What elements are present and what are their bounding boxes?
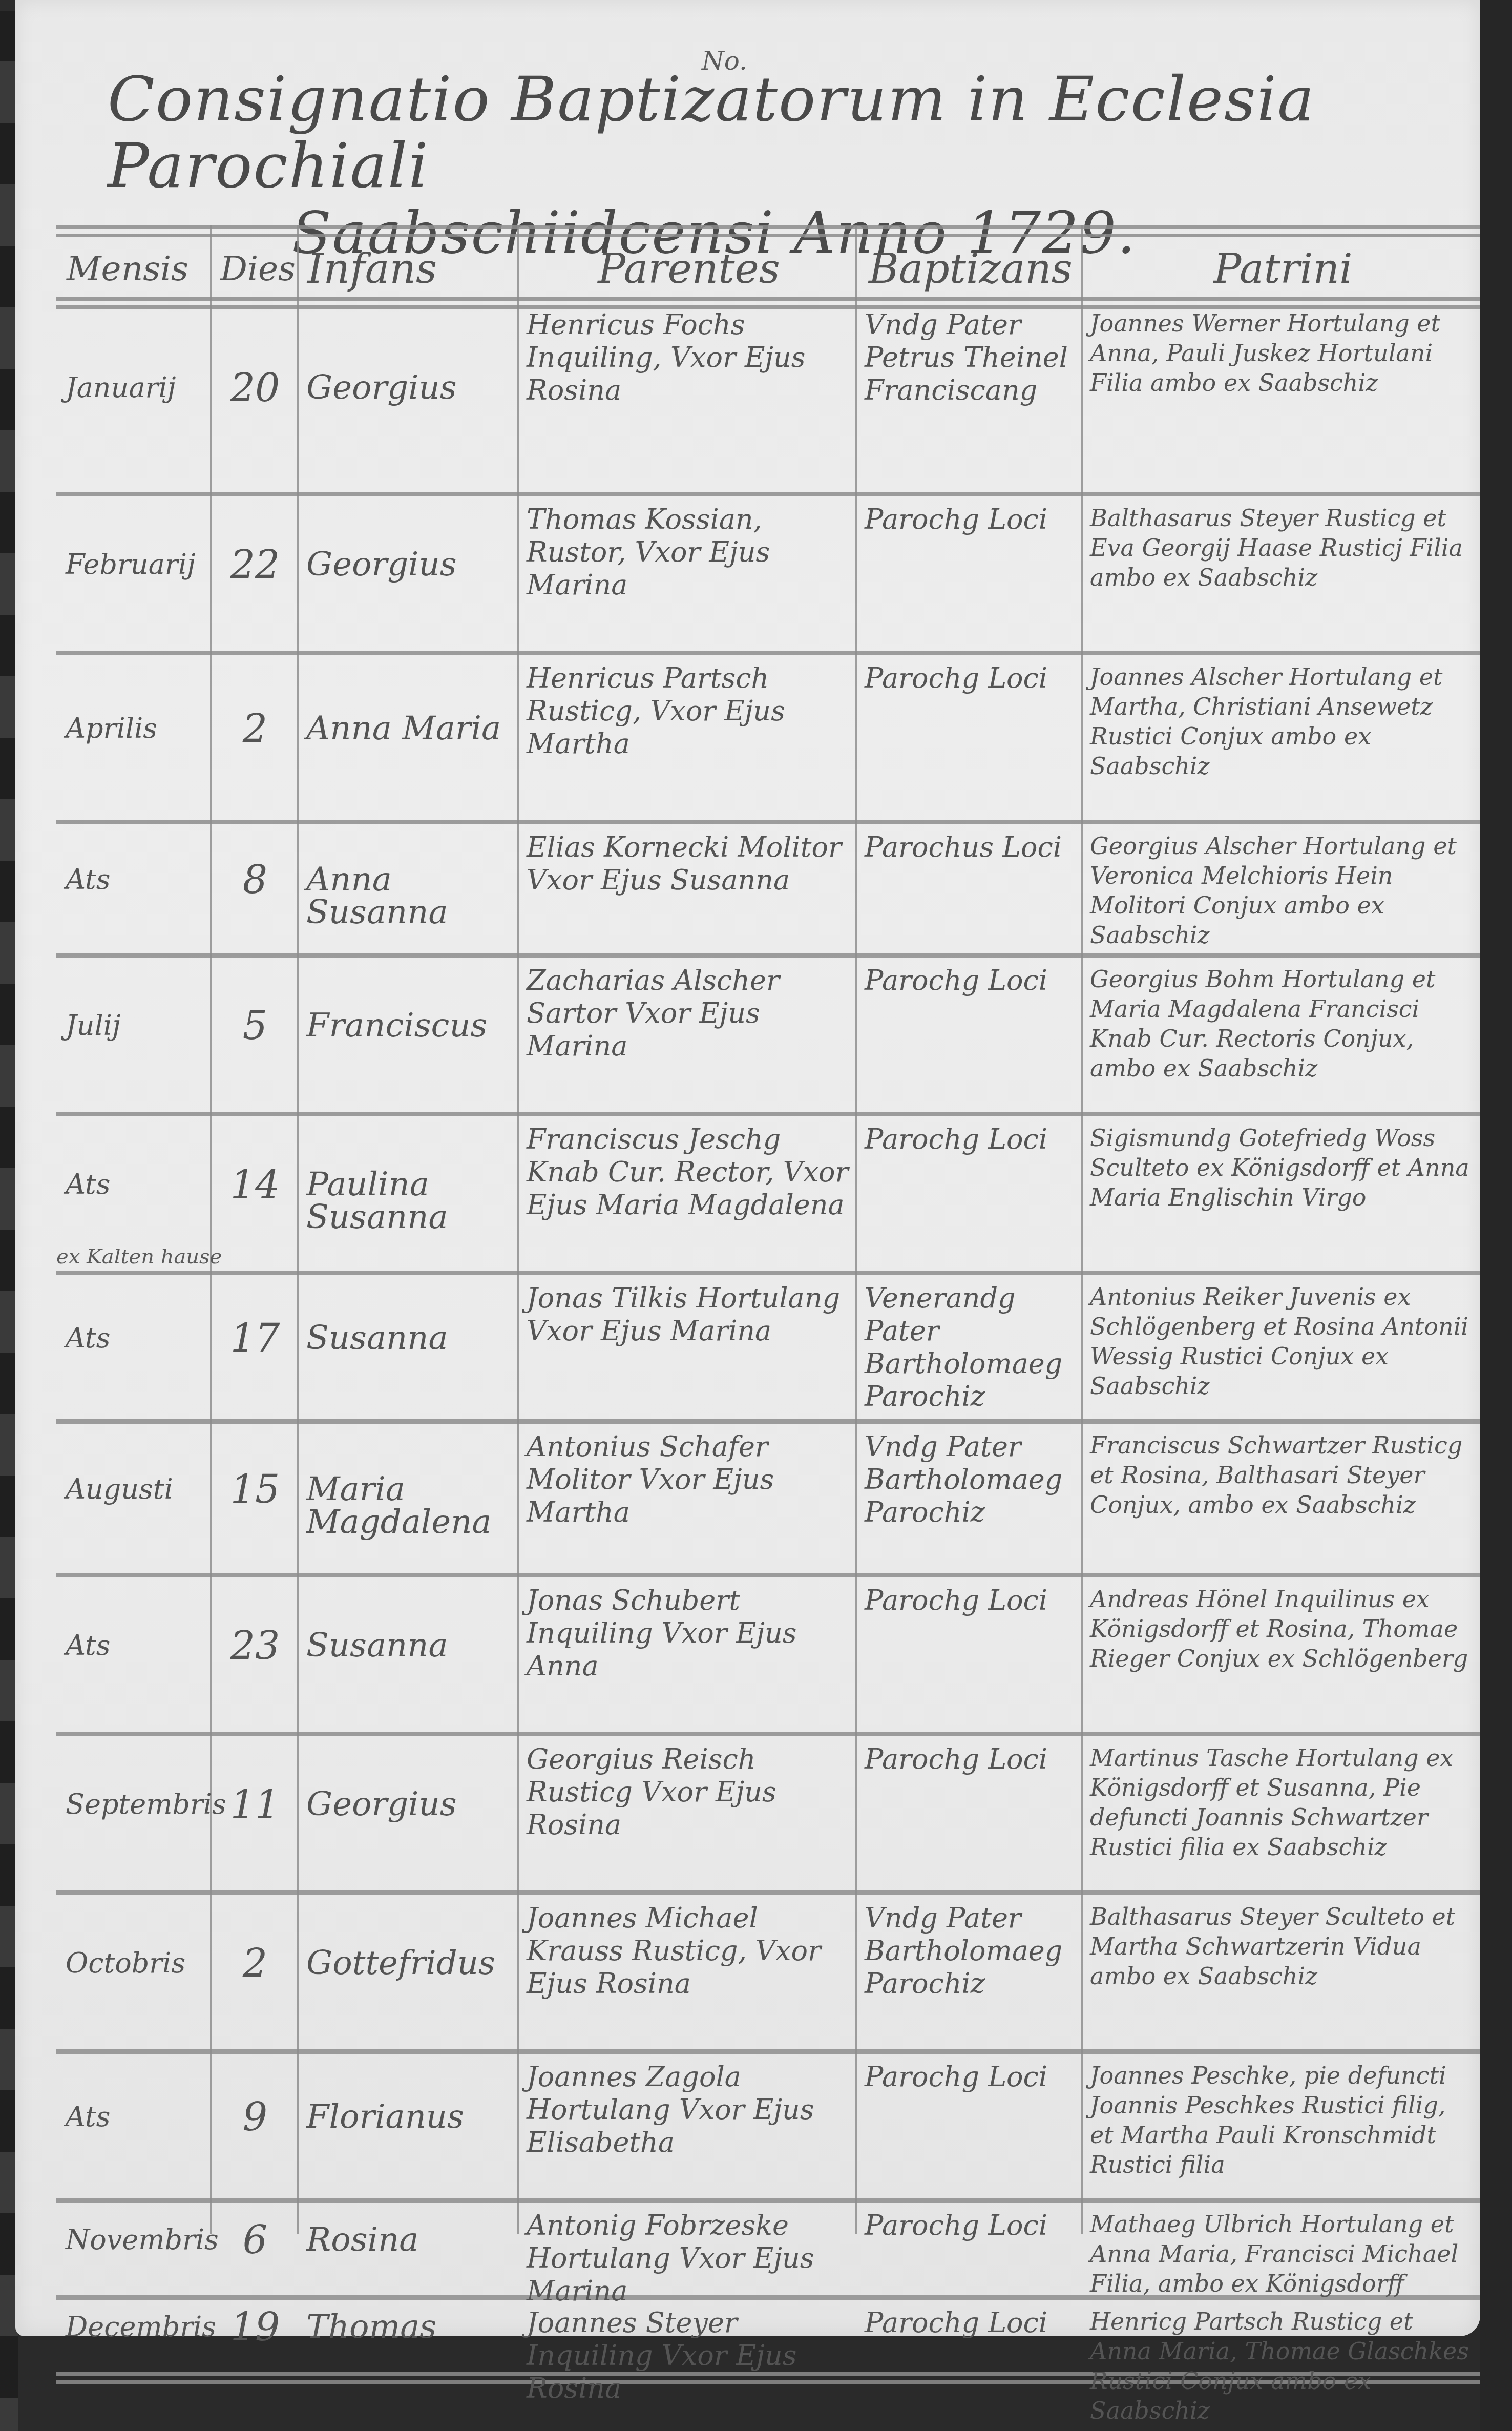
- cell-day: 8: [219, 863, 291, 896]
- cell-day: 20: [219, 371, 291, 404]
- header-infant: Infans: [307, 246, 512, 292]
- cell-baptizer: Parochg Loci: [865, 1584, 1075, 1617]
- row-rule: [56, 297, 1480, 301]
- row-rule: [56, 2049, 1480, 2054]
- margin-note: ex Kalten hause: [56, 1245, 222, 1269]
- row-rule: [56, 953, 1480, 958]
- row-rule: [56, 492, 1480, 496]
- cell-parents: Jonas Tilkis Hortulang Vxor Ejus Marina: [527, 1282, 849, 1347]
- row-rule: [56, 2198, 1480, 2203]
- cell-godparents: Balthasarus Steyer Sculteto et Martha Sc…: [1090, 1902, 1474, 1991]
- cell-godparents: Antonius Reiker Juvenis ex Schlögenberg …: [1090, 1282, 1474, 1401]
- cell-day: 6: [219, 2224, 291, 2256]
- cell-baptizer: Parochg Loci: [865, 2209, 1075, 2242]
- cell-day: 2: [219, 1947, 291, 1980]
- column-rule: [517, 225, 519, 2234]
- row-rule: [56, 1112, 1480, 1116]
- cell-month: Ats: [66, 1629, 204, 1662]
- cell-godparents: Martinus Tasche Hortulang ex Königsdorff…: [1090, 1743, 1474, 1862]
- cell-godparents: Georgius Alscher Hortulang et Veronica M…: [1090, 831, 1474, 950]
- cell-month: Ats: [66, 2101, 204, 2133]
- cell-parents: Zacharias Alscher Sartor Vxor Ejus Marin…: [527, 964, 849, 1063]
- cell-day: 23: [219, 1629, 291, 1662]
- cell-month: Ats: [66, 1322, 204, 1355]
- cell-infant: Thomas: [306, 2311, 511, 2343]
- cell-month: Augusti: [66, 1473, 204, 1506]
- cell-godparents: Mathaeg Ulbrich Hortulang et Anna Maria,…: [1090, 2209, 1474, 2298]
- cell-day: 15: [219, 1473, 291, 1506]
- cell-parents: Georgius Reisch Rusticg Vxor Ejus Rosina: [527, 1743, 849, 1841]
- cell-day: 11: [219, 1788, 291, 1821]
- cell-day: 17: [219, 1322, 291, 1355]
- cell-month: Februarij: [66, 548, 204, 581]
- cell-baptizer: Parochg Loci: [865, 503, 1075, 536]
- cell-parents: Elias Kornecki Molitor Vxor Ejus Susanna: [527, 831, 849, 897]
- cell-baptizer: Venerandg Pater Bartholomaeg Parochiz: [865, 1282, 1075, 1413]
- cell-godparents: Henricg Partsch Rusticg et Anna Maria, T…: [1090, 2307, 1474, 2425]
- cell-godparents: Joannes Peschke, pie defuncti Joannis Pe…: [1090, 2061, 1474, 2179]
- cell-month: Julij: [66, 1009, 204, 1042]
- cell-godparents: Sigismundg Gotefriedg Woss Sculteto ex K…: [1090, 1123, 1474, 1212]
- row-rule: [56, 1732, 1480, 1736]
- register-page: Consignatio Baptizatorum in Ecclesia Par…: [15, 0, 1480, 2336]
- cell-infant: Anna Susanna: [306, 863, 511, 929]
- header-day: Dies: [220, 246, 292, 292]
- title-line-1: Consignatio Baptizatorum in Ecclesia Par…: [108, 64, 1315, 202]
- cell-day: 22: [219, 548, 291, 581]
- header-godparents: Patrini: [1091, 246, 1475, 292]
- cell-parents: Antonig Fobrzeske Hortulang Vxor Ejus Ma…: [527, 2209, 849, 2308]
- cell-baptizer: Parochus Loci: [865, 831, 1075, 864]
- cell-day: 14: [219, 1168, 291, 1201]
- header-month: Mensis: [67, 246, 205, 292]
- cell-infant: Florianus: [306, 2101, 511, 2133]
- header-parents: Parentes: [528, 246, 850, 292]
- header-top-rule: [56, 225, 1480, 229]
- row-rule: [56, 1271, 1480, 1275]
- cell-parents: Henricus Fochs Inquiling, Vxor Ejus Rosi…: [527, 308, 849, 407]
- cell-infant: Susanna: [306, 1322, 511, 1355]
- cell-infant: Georgius: [306, 548, 511, 581]
- cell-parents: Jonas Schubert Inquiling Vxor Ejus Anna: [527, 1584, 849, 1682]
- column-rule: [210, 225, 212, 2234]
- cell-baptizer: Vndg Pater Bartholomaeg Parochiz: [865, 1902, 1075, 2000]
- cell-infant: Georgius: [306, 371, 511, 404]
- cell-parents: Antonius Schafer Molitor Vxor Ejus Marth…: [527, 1430, 849, 1529]
- cell-baptizer: Parochg Loci: [865, 2307, 1075, 2339]
- cell-month: Januarij: [66, 371, 204, 404]
- cell-parents: Thomas Kossian, Rustor, Vxor Ejus Marina: [527, 503, 849, 601]
- cell-baptizer: Parochg Loci: [865, 2061, 1075, 2093]
- cell-parents: Joannes Steyer Inquiling Vxor Ejus Rosin…: [527, 2307, 849, 2405]
- row-rule: [56, 1890, 1480, 1895]
- cell-godparents: Joannes Werner Hortulang et Anna, Pauli …: [1090, 308, 1474, 398]
- cell-day: 5: [219, 1009, 291, 1042]
- cell-baptizer: Parochg Loci: [865, 964, 1075, 997]
- cell-infant: Susanna: [306, 1629, 511, 1662]
- cell-parents: Joannes Michael Krauss Rusticg, Vxor Eju…: [527, 1902, 849, 2000]
- cell-baptizer: Parochg Loci: [865, 662, 1075, 695]
- cell-infant: Paulina Susanna: [306, 1168, 511, 1234]
- cell-godparents: Andreas Hönel Inquilinus ex Königsdorff …: [1090, 1584, 1474, 1673]
- cell-parents: Franciscus Jeschg Knab Cur. Rector, Vxor…: [527, 1123, 849, 1221]
- cell-infant: Gottefridus: [306, 1947, 511, 1980]
- cell-godparents: Joannes Alscher Hortulang et Martha, Chr…: [1090, 662, 1474, 781]
- cell-month: Novembris: [66, 2224, 204, 2256]
- cell-infant: Franciscus: [306, 1009, 511, 1042]
- cell-infant: Maria Magdalena: [306, 1473, 511, 1539]
- baptism-register-table: MensisDiesInfansParentesBaptizansPatrini…: [56, 225, 1480, 2234]
- cell-baptizer: Vndg Pater Petrus Theinel Franciscang: [865, 308, 1075, 407]
- row-rule: [56, 651, 1480, 655]
- cell-godparents: Georgius Bohm Hortulang et Maria Magdale…: [1090, 964, 1474, 1083]
- cell-godparents: Balthasarus Steyer Rusticg et Eva Georgi…: [1090, 503, 1474, 592]
- cell-parents: Henricus Partsch Rusticg, Vxor Ejus Mart…: [527, 662, 849, 760]
- cell-parents: Joannes Zagola Hortulang Vxor Ejus Elisa…: [527, 2061, 849, 2159]
- cell-infant: Anna Maria: [306, 712, 511, 745]
- header-baptizer: Baptizans: [866, 246, 1076, 292]
- cell-day: 9: [219, 2101, 291, 2133]
- cell-baptizer: Parochg Loci: [865, 1743, 1075, 1776]
- cell-baptizer: Vndg Pater Bartholomaeg Parochiz: [865, 1430, 1075, 1529]
- cell-month: Septembris: [66, 1788, 204, 1821]
- column-rule: [1081, 225, 1083, 2234]
- cell-godparents: Franciscus Schwartzer Rusticg et Rosina,…: [1090, 1430, 1474, 1520]
- cell-month: Ats: [66, 863, 204, 896]
- cell-month: Aprilis: [66, 712, 204, 745]
- cell-infant: Rosina: [306, 2224, 511, 2256]
- cell-day: 19: [219, 2311, 291, 2343]
- row-rule: [56, 820, 1480, 824]
- cell-day: 2: [219, 712, 291, 745]
- cell-month: Octobris: [66, 1947, 204, 1980]
- title-annotation: No.: [702, 46, 747, 76]
- cell-infant: Georgius: [306, 1788, 511, 1821]
- scan-right-edge: [1480, 0, 1512, 2431]
- column-rule: [297, 225, 299, 2234]
- row-rule: [56, 1573, 1480, 1577]
- row-rule: [56, 1419, 1480, 1424]
- cell-month: Ats: [66, 1168, 204, 1201]
- cell-month: Decembris: [66, 2311, 204, 2343]
- column-rule: [855, 225, 857, 2234]
- cell-baptizer: Parochg Loci: [865, 1123, 1075, 1156]
